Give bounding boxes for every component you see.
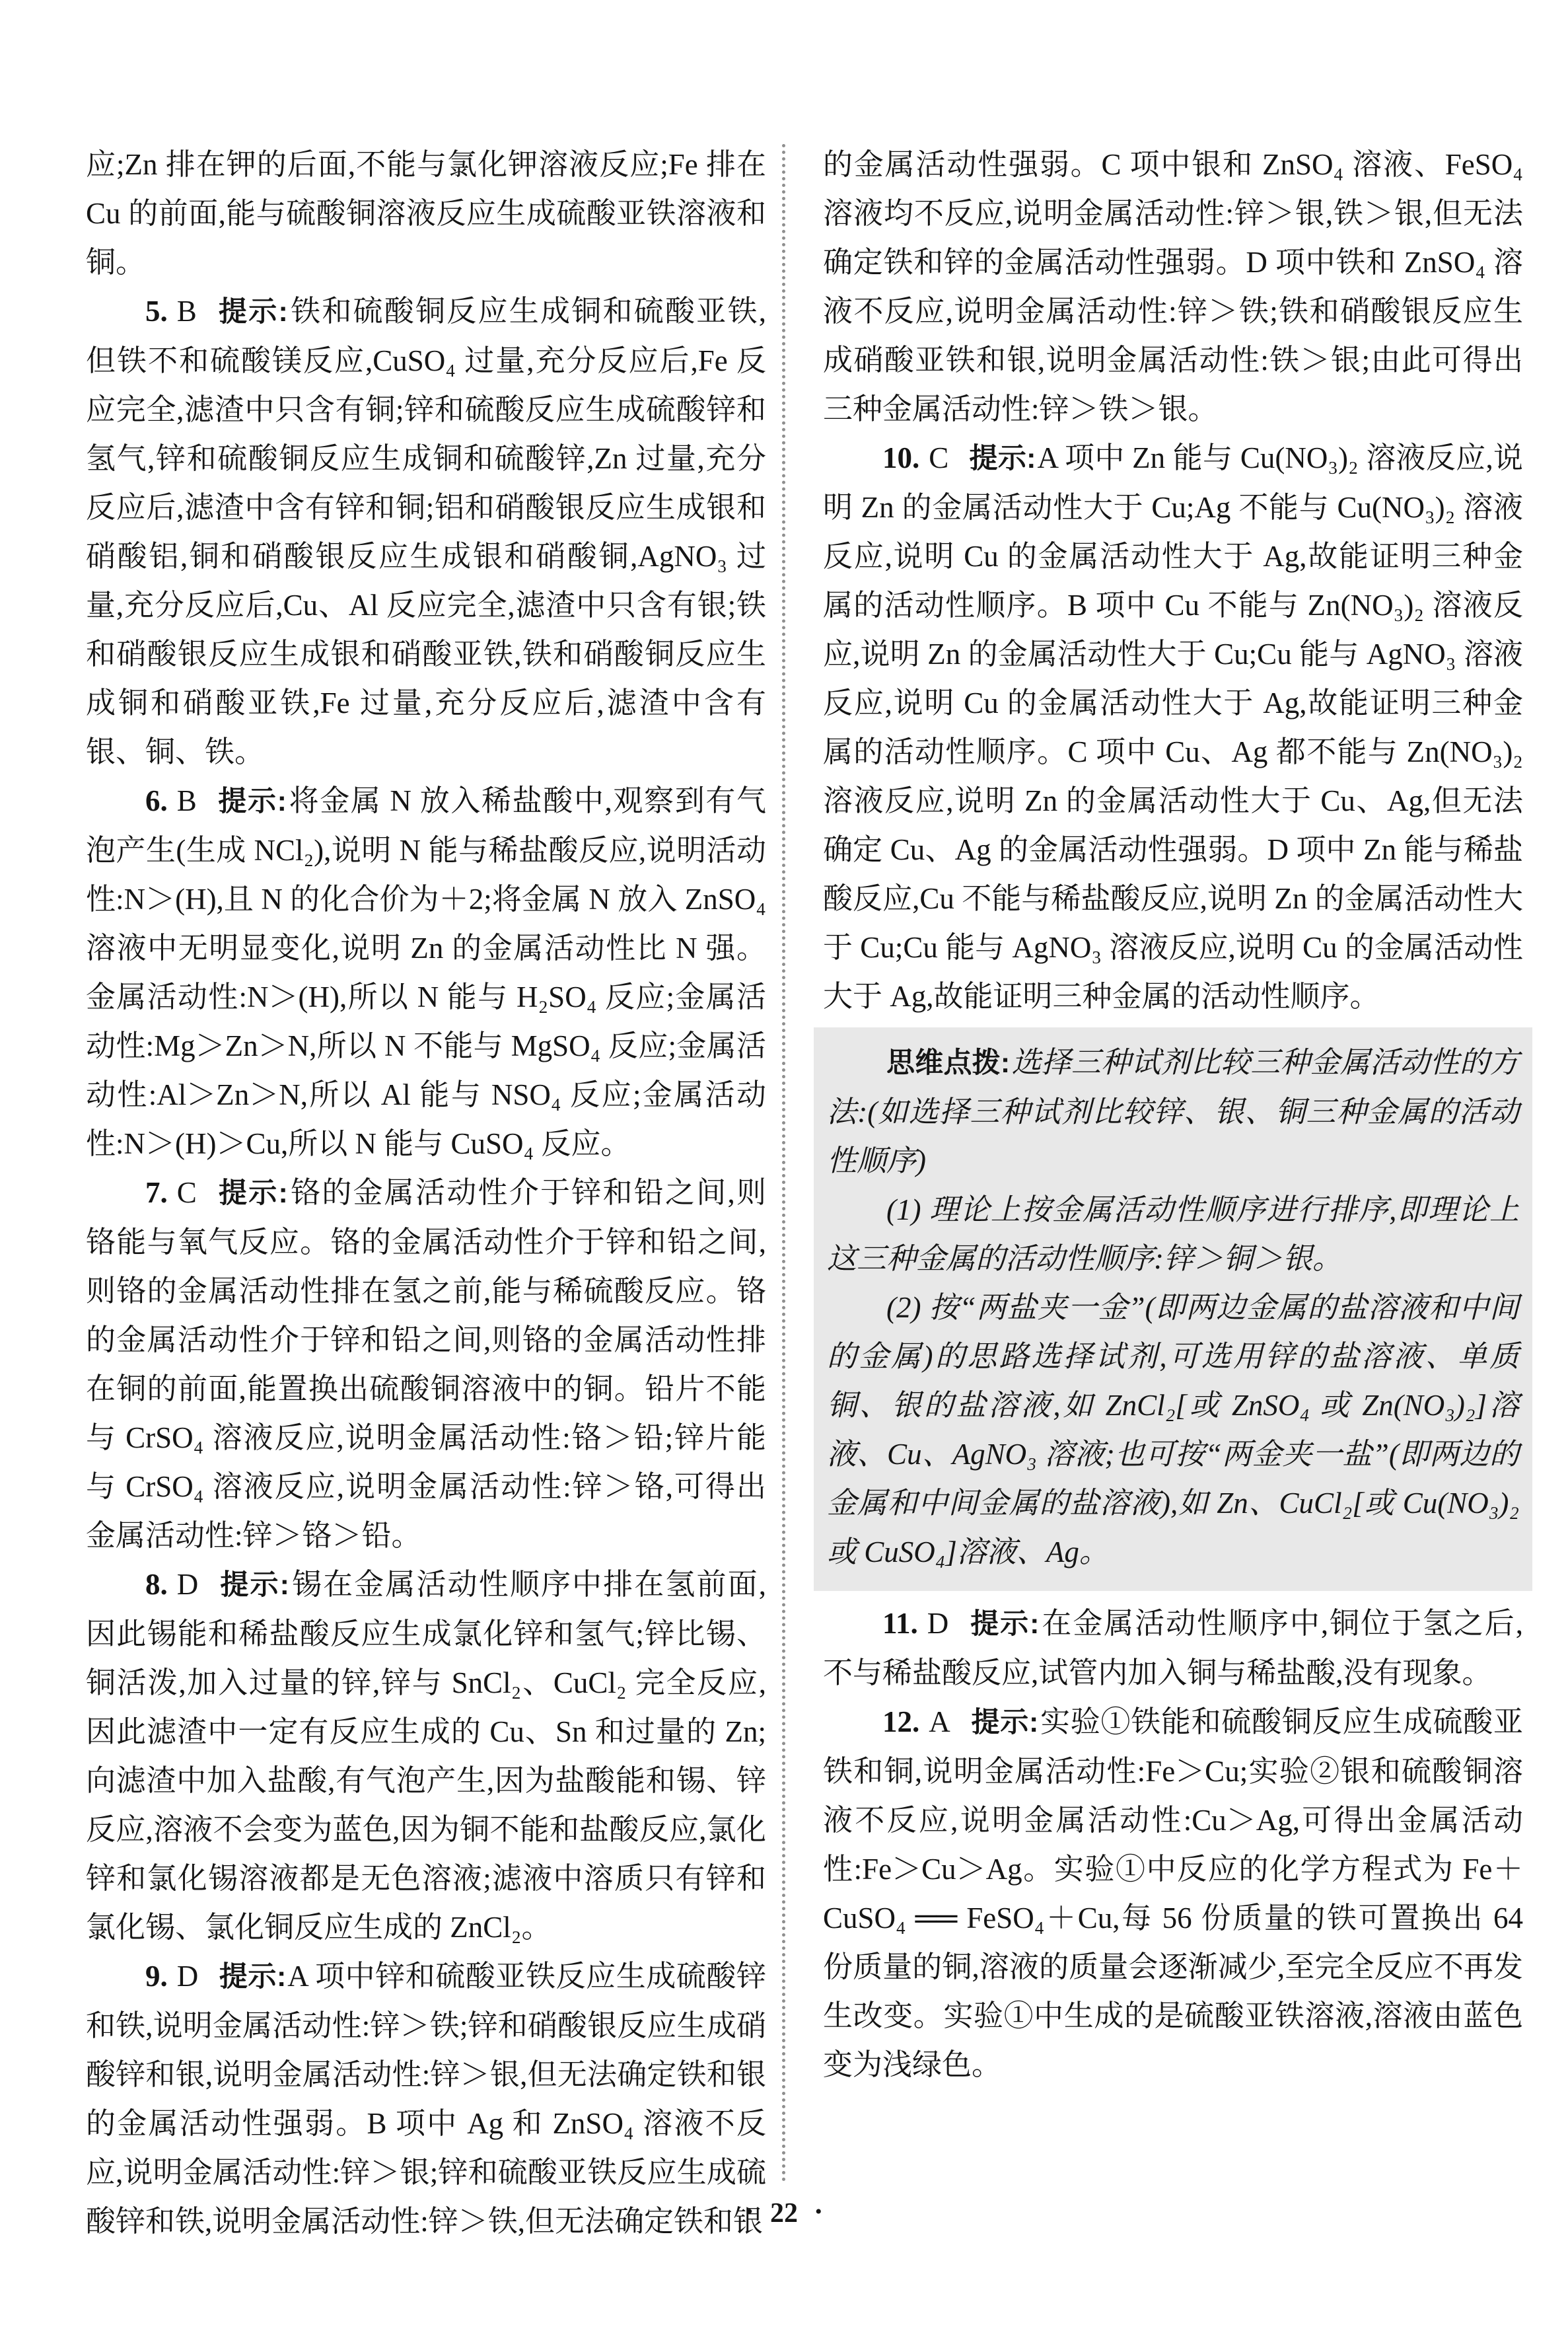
hint-label: 提示:: [969, 443, 1036, 474]
answer-text: A 项中 Zn 能与 Cu(NO₃)₂ 溶液反应,说明 Zn 的金属活动性大于 …: [823, 441, 1523, 1013]
answer-text: 实验①铁能和硫酸铜反应生成硫酸亚铁和铜,说明金属活动性:Fe＞Cu;实验②银和硫…: [823, 1705, 1523, 2081]
column-divider-dotted-line: [782, 144, 785, 2183]
hint-label: 提示:: [969, 1608, 1039, 1640]
page-number-value: 22: [770, 2198, 798, 2229]
answer-text: 锡在金属活动性顺序中排在氢前面,因此锡能和稀盐酸反应生成氯化锌和氢气;锌比锡、铜…: [86, 1568, 766, 1944]
answer-item-10: 10.C提示:A 项中 Zn 能与 Cu(NO₃)₂ 溶液反应,说明 Zn 的金…: [823, 433, 1523, 1021]
answer-text: 的金属活动性强弱。C 项中银和 ZnSO₄ 溶液、FeSO₄ 溶液均不反应,说明…: [823, 148, 1523, 425]
hint-label: 提示:: [217, 296, 288, 328]
hint-label: 提示:: [217, 1177, 288, 1209]
answer-number: 9.: [145, 1960, 168, 1993]
answer-item-8: 8.D提示:锡在金属活动性顺序中排在氢前面,因此锡能和稀盐酸反应生成氯化锌和氢气…: [86, 1560, 766, 1952]
left-column: 应;Zn 排在钾的后面,不能与氯化钾溶液反应;Fe 排在 Cu 的前面,能与硫酸…: [86, 140, 766, 2246]
answer-letter: C: [177, 1176, 197, 1209]
answer-number: 10.: [882, 441, 919, 474]
answer-item-11: 11.D提示:在金属活动性顺序中,铜位于氢之后,不与稀盐酸反应,试管内加入铜与稀…: [823, 1599, 1523, 1697]
hint-label: 提示:: [217, 786, 287, 817]
answer-letter: D: [177, 1960, 199, 1993]
answer-number: 6.: [145, 784, 168, 817]
tip-box-title: 思维点拨:: [886, 1047, 1010, 1079]
answer-number: 11.: [882, 1607, 918, 1640]
answer-text: 将金属 N 放入稀盐酸中,观察到有气泡产生(生成 NCl₂),说明 N 能与稀盐…: [86, 784, 766, 1160]
answer-letter: A: [929, 1705, 951, 1738]
answer-text: 铁和硫酸铜反应生成铜和硫酸亚铁,但铁不和硫酸镁反应,CuSO₄ 过量,充分反应后…: [86, 295, 766, 768]
answer-item-6: 6.B提示:将金属 N 放入稀盐酸中,观察到有气泡产生(生成 NCl₂),说明 …: [86, 776, 766, 1168]
tip-paragraph: 思维点拨:选择三种试剂比较三种金属活动性的方法:(如选择三种试剂比较锌、银、铜三…: [827, 1038, 1519, 1185]
page-number-bullet-right: •: [815, 2201, 822, 2223]
answer-number: 7.: [145, 1176, 168, 1209]
answer-number: 12.: [882, 1705, 919, 1738]
answer-text: 应;Zn 排在钾的后面,不能与氯化钾溶液反应;Fe 排在 Cu 的前面,能与硫酸…: [86, 148, 766, 279]
answer-letter: B: [177, 784, 197, 817]
hint-label: 提示:: [219, 1569, 289, 1601]
answer-text: 铬的金属活动性介于锌和铅之间,则铬能与氧气反应。铬的金属活动性介于锌和铅之间,则…: [86, 1176, 766, 1552]
thinking-tips-box: 思维点拨:选择三种试剂比较三种金属活动性的方法:(如选择三种试剂比较锌、银、铜三…: [814, 1027, 1532, 1591]
continued-answer-text: 应;Zn 排在钾的后面,不能与氯化钾溶液反应;Fe 排在 Cu 的前面,能与硫酸…: [86, 140, 766, 287]
answer-key-page: 应;Zn 排在钾的后面,不能与氯化钾溶液反应;Fe 排在 Cu 的前面,能与硫酸…: [0, 0, 1568, 2325]
continued-answer-text: 的金属活动性强弱。C 项中银和 ZnSO₄ 溶液、FeSO₄ 溶液均不反应,说明…: [823, 140, 1523, 433]
page-number: •22•: [0, 2197, 1568, 2229]
answer-item-5: 5.B提示:铁和硫酸铜反应生成铜和硫酸亚铁,但铁不和硫酸镁反应,CuSO₄ 过量…: [86, 287, 766, 776]
tip-paragraph: (1) 理论上按金属活动性顺序进行排序,即理论上这三种金属的活动性顺序:锌＞铜＞…: [827, 1185, 1519, 1283]
tip-paragraph: (2) 按“两盐夹一金”(即两边金属的盐溶液和中间的金属)的思路选择试剂,可选用…: [827, 1283, 1519, 1576]
tip-text: (2) 按“两盐夹一金”(即两边金属的盐溶液和中间的金属)的思路选择试剂,可选用…: [827, 1291, 1519, 1568]
tip-text: (1) 理论上按金属活动性顺序进行排序,即理论上这三种金属的活动性顺序:锌＞铜＞…: [827, 1193, 1519, 1275]
answer-number: 8.: [145, 1568, 168, 1601]
page-number-bullet-left: •: [746, 2201, 753, 2223]
answer-letter: D: [177, 1568, 199, 1601]
hint-label: 提示:: [971, 1707, 1039, 1738]
answer-item-12: 12.A提示:实验①铁能和硫酸铜反应生成硫酸亚铁和铜,说明金属活动性:Fe＞Cu…: [823, 1697, 1523, 2089]
answer-letter: B: [177, 295, 197, 328]
answer-letter: D: [927, 1607, 950, 1640]
right-column: 的金属活动性强弱。C 项中银和 ZnSO₄ 溶液、FeSO₄ 溶液均不反应,说明…: [823, 140, 1523, 2089]
answer-letter: C: [929, 441, 949, 474]
answer-number: 5.: [145, 295, 168, 328]
answer-item-7: 7.C提示:铬的金属活动性介于锌和铅之间,则铬能与氧气反应。铬的金属活动性介于锌…: [86, 1168, 766, 1560]
answer-text: A 项中锌和硫酸亚铁反应生成硫酸锌和铁,说明金属活动性:锌＞铁;锌和硝酸银反应生…: [86, 1960, 766, 2238]
hint-label: 提示:: [219, 1961, 286, 1993]
